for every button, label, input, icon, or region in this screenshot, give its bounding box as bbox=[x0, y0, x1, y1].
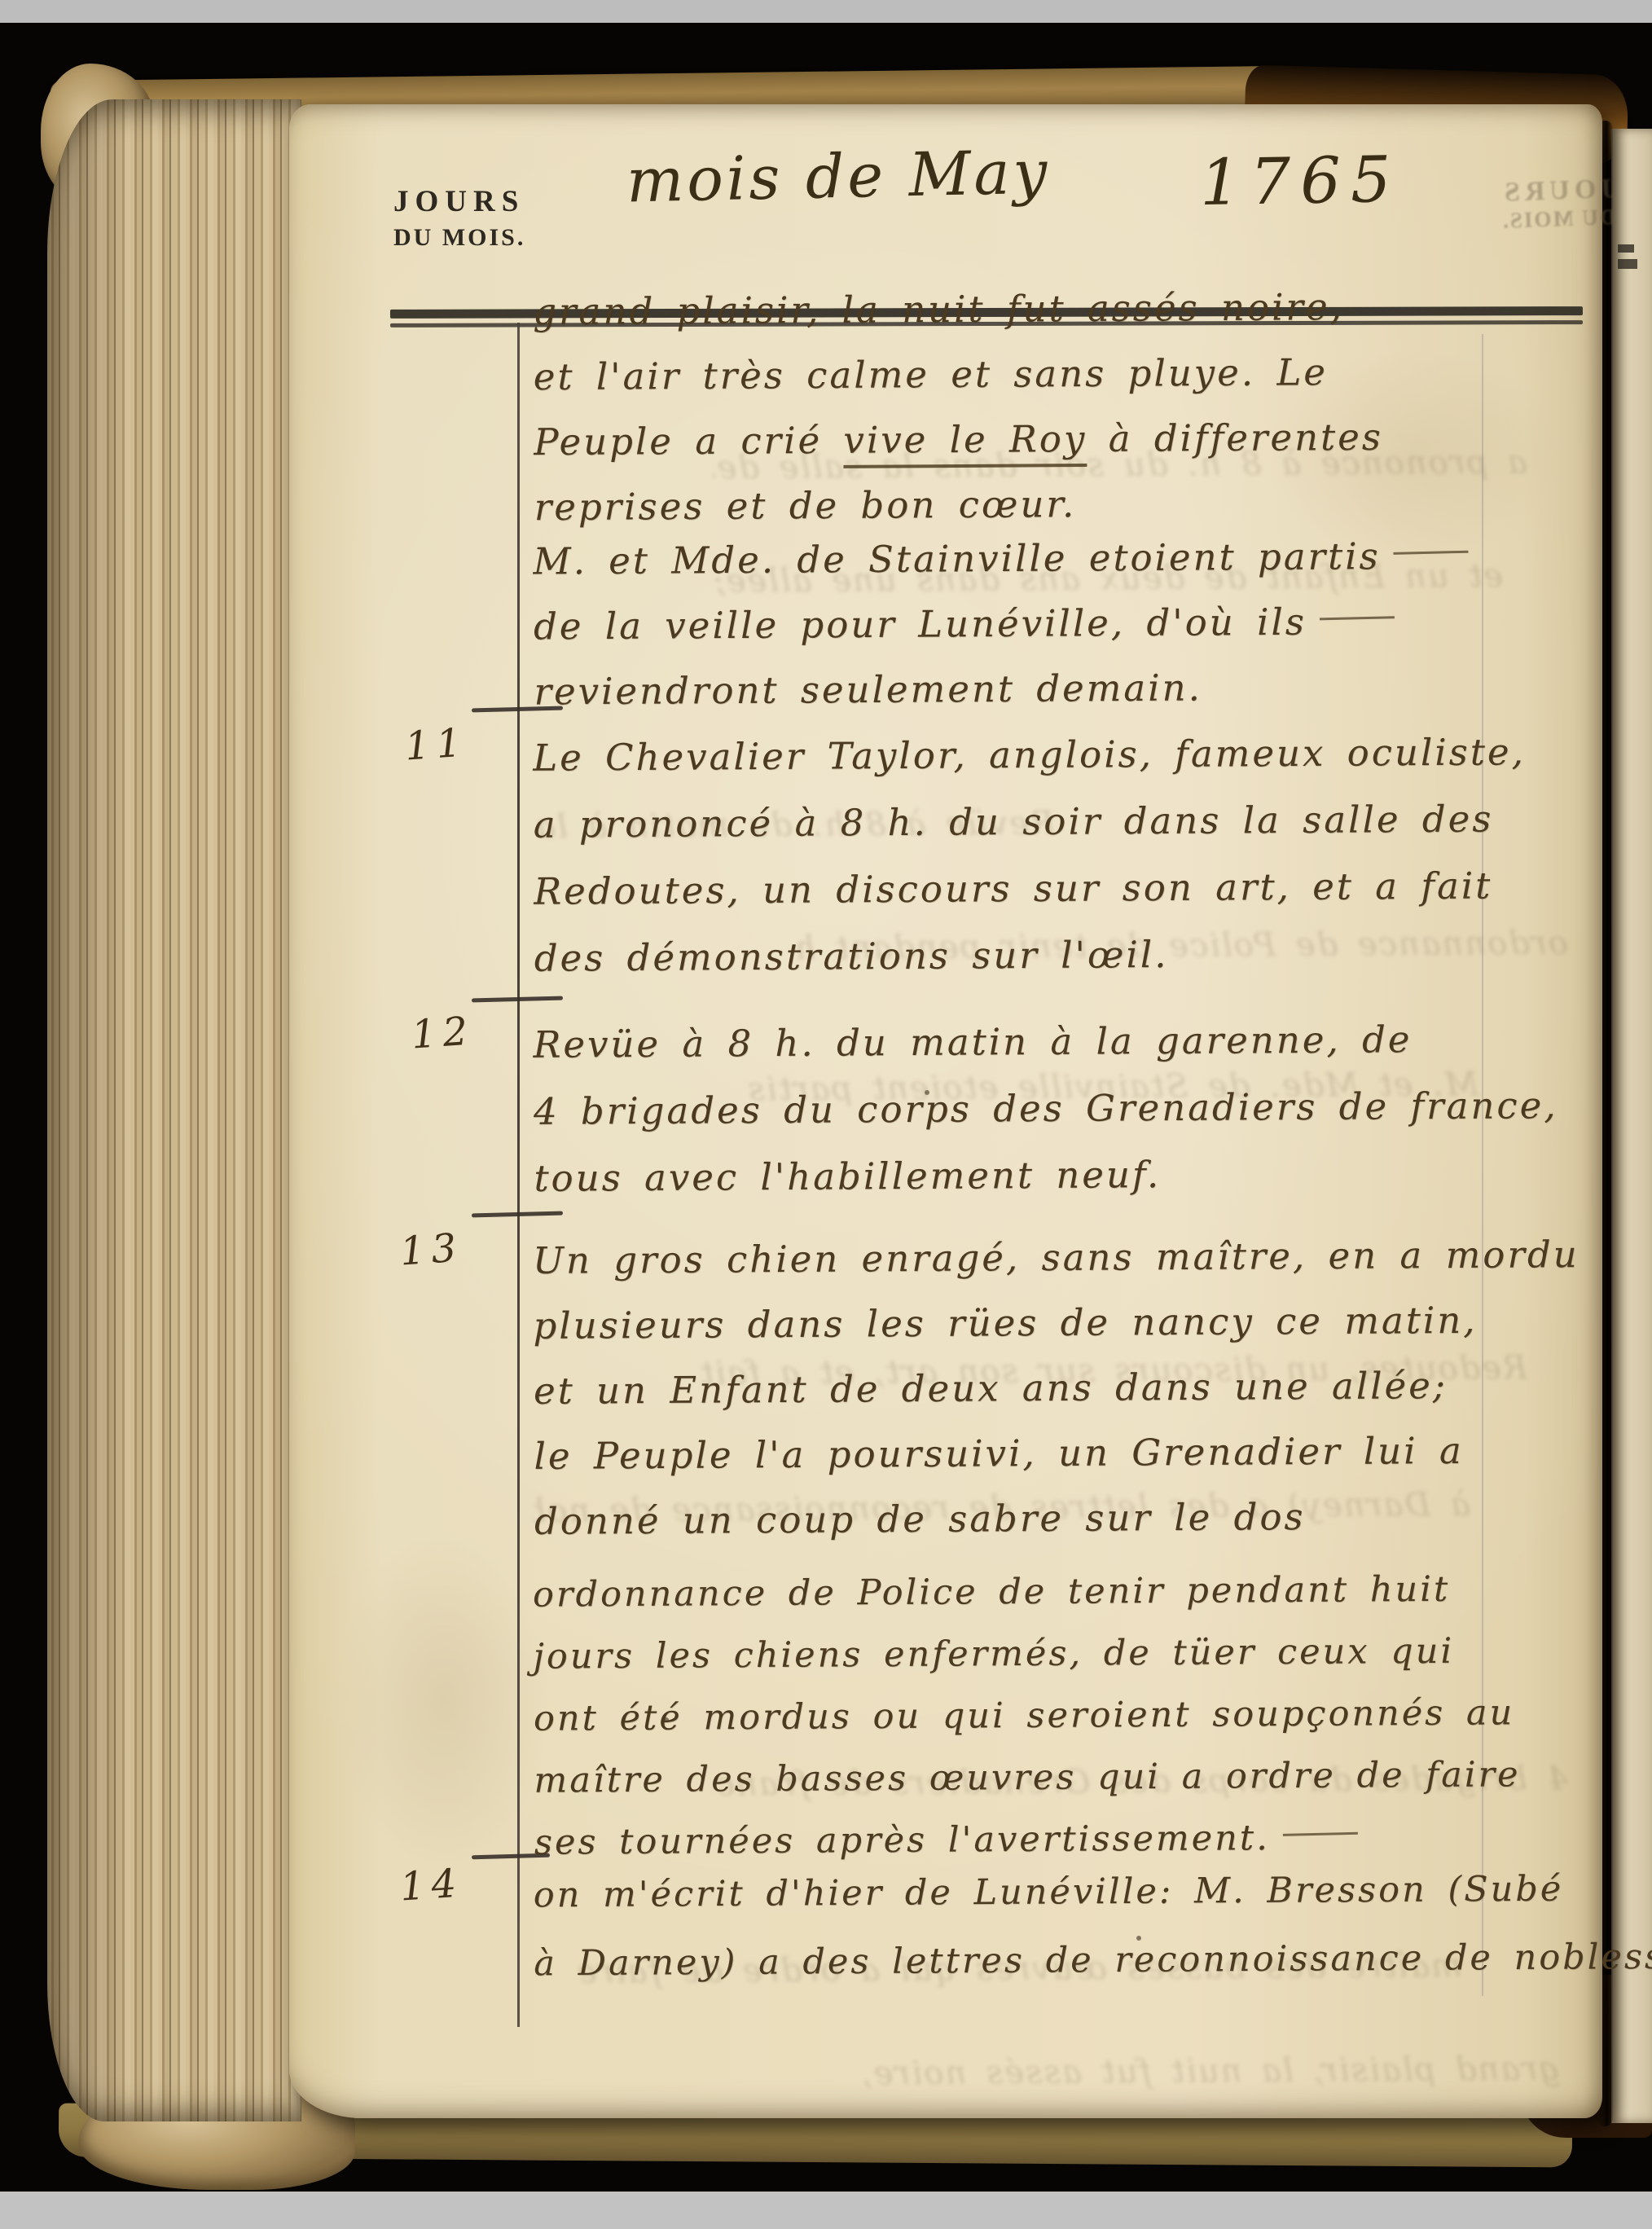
printed-header-line2: DU MOIS. bbox=[393, 224, 525, 251]
entry-line: et un Enfant de deux ans dans une allée; bbox=[534, 1352, 1580, 1424]
entry-line: on m'écrit d'hier de Lunéville: M. Bress… bbox=[534, 1854, 1652, 1930]
bleedthrough-printed-header: JOURS DU MOIS. bbox=[1427, 173, 1616, 236]
book-scan: a prononcé à 8 h. du soir dans la salle … bbox=[0, 0, 1652, 2229]
entry-line: le Peuple l'a poursuivi, un Grenadier lu… bbox=[534, 1418, 1580, 1489]
entry-line: de la veille pour Lunéville, d'où ils bbox=[534, 588, 1470, 659]
year: 1765 bbox=[1199, 143, 1401, 220]
month-title: mois de May bbox=[626, 138, 1051, 217]
scanner-bar-top bbox=[0, 0, 1652, 23]
entry-13-paragraph-2: ordonnance de Police de tenir pendant hu… bbox=[533, 1558, 1521, 1873]
entry-line: maître des basses œuvres qui a ordre de … bbox=[534, 1743, 1521, 1811]
entry-14-paragraph: on m'écrit d'hier de Lunéville: M. Bress… bbox=[534, 1854, 1652, 1998]
underlined-phrase: vive le Roy bbox=[843, 417, 1087, 468]
entry-line: a prononcé à 8 h. du soir dans la salle … bbox=[534, 785, 1527, 858]
entry-line: ont été mordus ou qui seroient soupçonné… bbox=[534, 1682, 1521, 1749]
entry-line: des démonstrations sur l'œil. bbox=[534, 919, 1527, 991]
entry-line: tous avec l'habillement neuf. bbox=[534, 1139, 1558, 1212]
entry-line: à Darney) a des lettres de reconnoissanc… bbox=[534, 1923, 1652, 1998]
entry-line: 4 brigades du corps des Grenadiers de fr… bbox=[534, 1072, 1558, 1145]
entry-line: M. et Mde. de Stainville etoient partis bbox=[533, 523, 1469, 594]
entry-line: donné un coup de sabre sur le dos bbox=[534, 1483, 1581, 1554]
entry-line: Le Chevalier Taylor, anglois, fameux ocu… bbox=[533, 719, 1526, 791]
entry-line: Revüe à 8 h. du matin à la garenne, de bbox=[533, 1005, 1558, 1079]
facing-page-print-fragment bbox=[1618, 259, 1637, 269]
entry-continuation-paragraph-1: grand plaisir, la nuit fut assés noire, … bbox=[533, 275, 1384, 540]
entry-12-paragraph: Revüe à 8 h. du matin à la garenne, de 4… bbox=[533, 1005, 1558, 1212]
bleedthrough-printed-header-line2: DU MOIS. bbox=[1428, 204, 1616, 236]
journal-page: a prononcé à 8 h. du soir dans la salle … bbox=[289, 104, 1602, 2118]
day-column-rule bbox=[517, 323, 520, 2027]
entry-line: Un gros chien enragé, sans maître, en a … bbox=[533, 1222, 1580, 1294]
scanner-bar-bottom bbox=[0, 2192, 1652, 2229]
entry-line: plusieurs dans les rües de nancy ce mati… bbox=[533, 1287, 1580, 1359]
entry-continuation-paragraph-2: M. et Mde. de Stainville etoient partis … bbox=[533, 523, 1470, 724]
day-number: 13 bbox=[398, 1224, 464, 1274]
entry-line: jours les chiens enfermés, de tüer ceux … bbox=[533, 1620, 1520, 1687]
entry-13-paragraph-1: Un gros chien enragé, sans maître, en a … bbox=[533, 1222, 1581, 1554]
page-edge-stack bbox=[47, 99, 301, 2121]
day-number: 12 bbox=[410, 1008, 476, 1057]
printed-header-line1: JOURS bbox=[393, 186, 525, 219]
entry-line: ordonnance de Police de tenir pendant hu… bbox=[533, 1558, 1520, 1625]
entry-line: reviendront seulement demain. bbox=[534, 653, 1470, 724]
day-number: 11 bbox=[403, 719, 469, 769]
printed-column-header: JOURS DU MOIS. bbox=[393, 186, 525, 251]
entry-line: et l'air très calme et sans pluye. Le bbox=[534, 340, 1383, 410]
entry-line: grand plaisir, la nuit fut assés noire, bbox=[533, 275, 1382, 345]
entry-line: Redoutes, un discours sur son art, et a … bbox=[534, 852, 1527, 925]
facing-page-print-fragment bbox=[1618, 244, 1634, 253]
entry-line: Peuple a crié vive le Roy à differentes bbox=[534, 405, 1383, 475]
bleedthrough-text: grand plaisir, la nuit fut assés noire, bbox=[745, 2051, 1560, 2094]
facing-page-sliver bbox=[1611, 129, 1652, 2123]
entry-11-paragraph: Le Chevalier Taylor, anglois, fameux ocu… bbox=[533, 719, 1527, 991]
day-number: 14 bbox=[398, 1860, 464, 1910]
